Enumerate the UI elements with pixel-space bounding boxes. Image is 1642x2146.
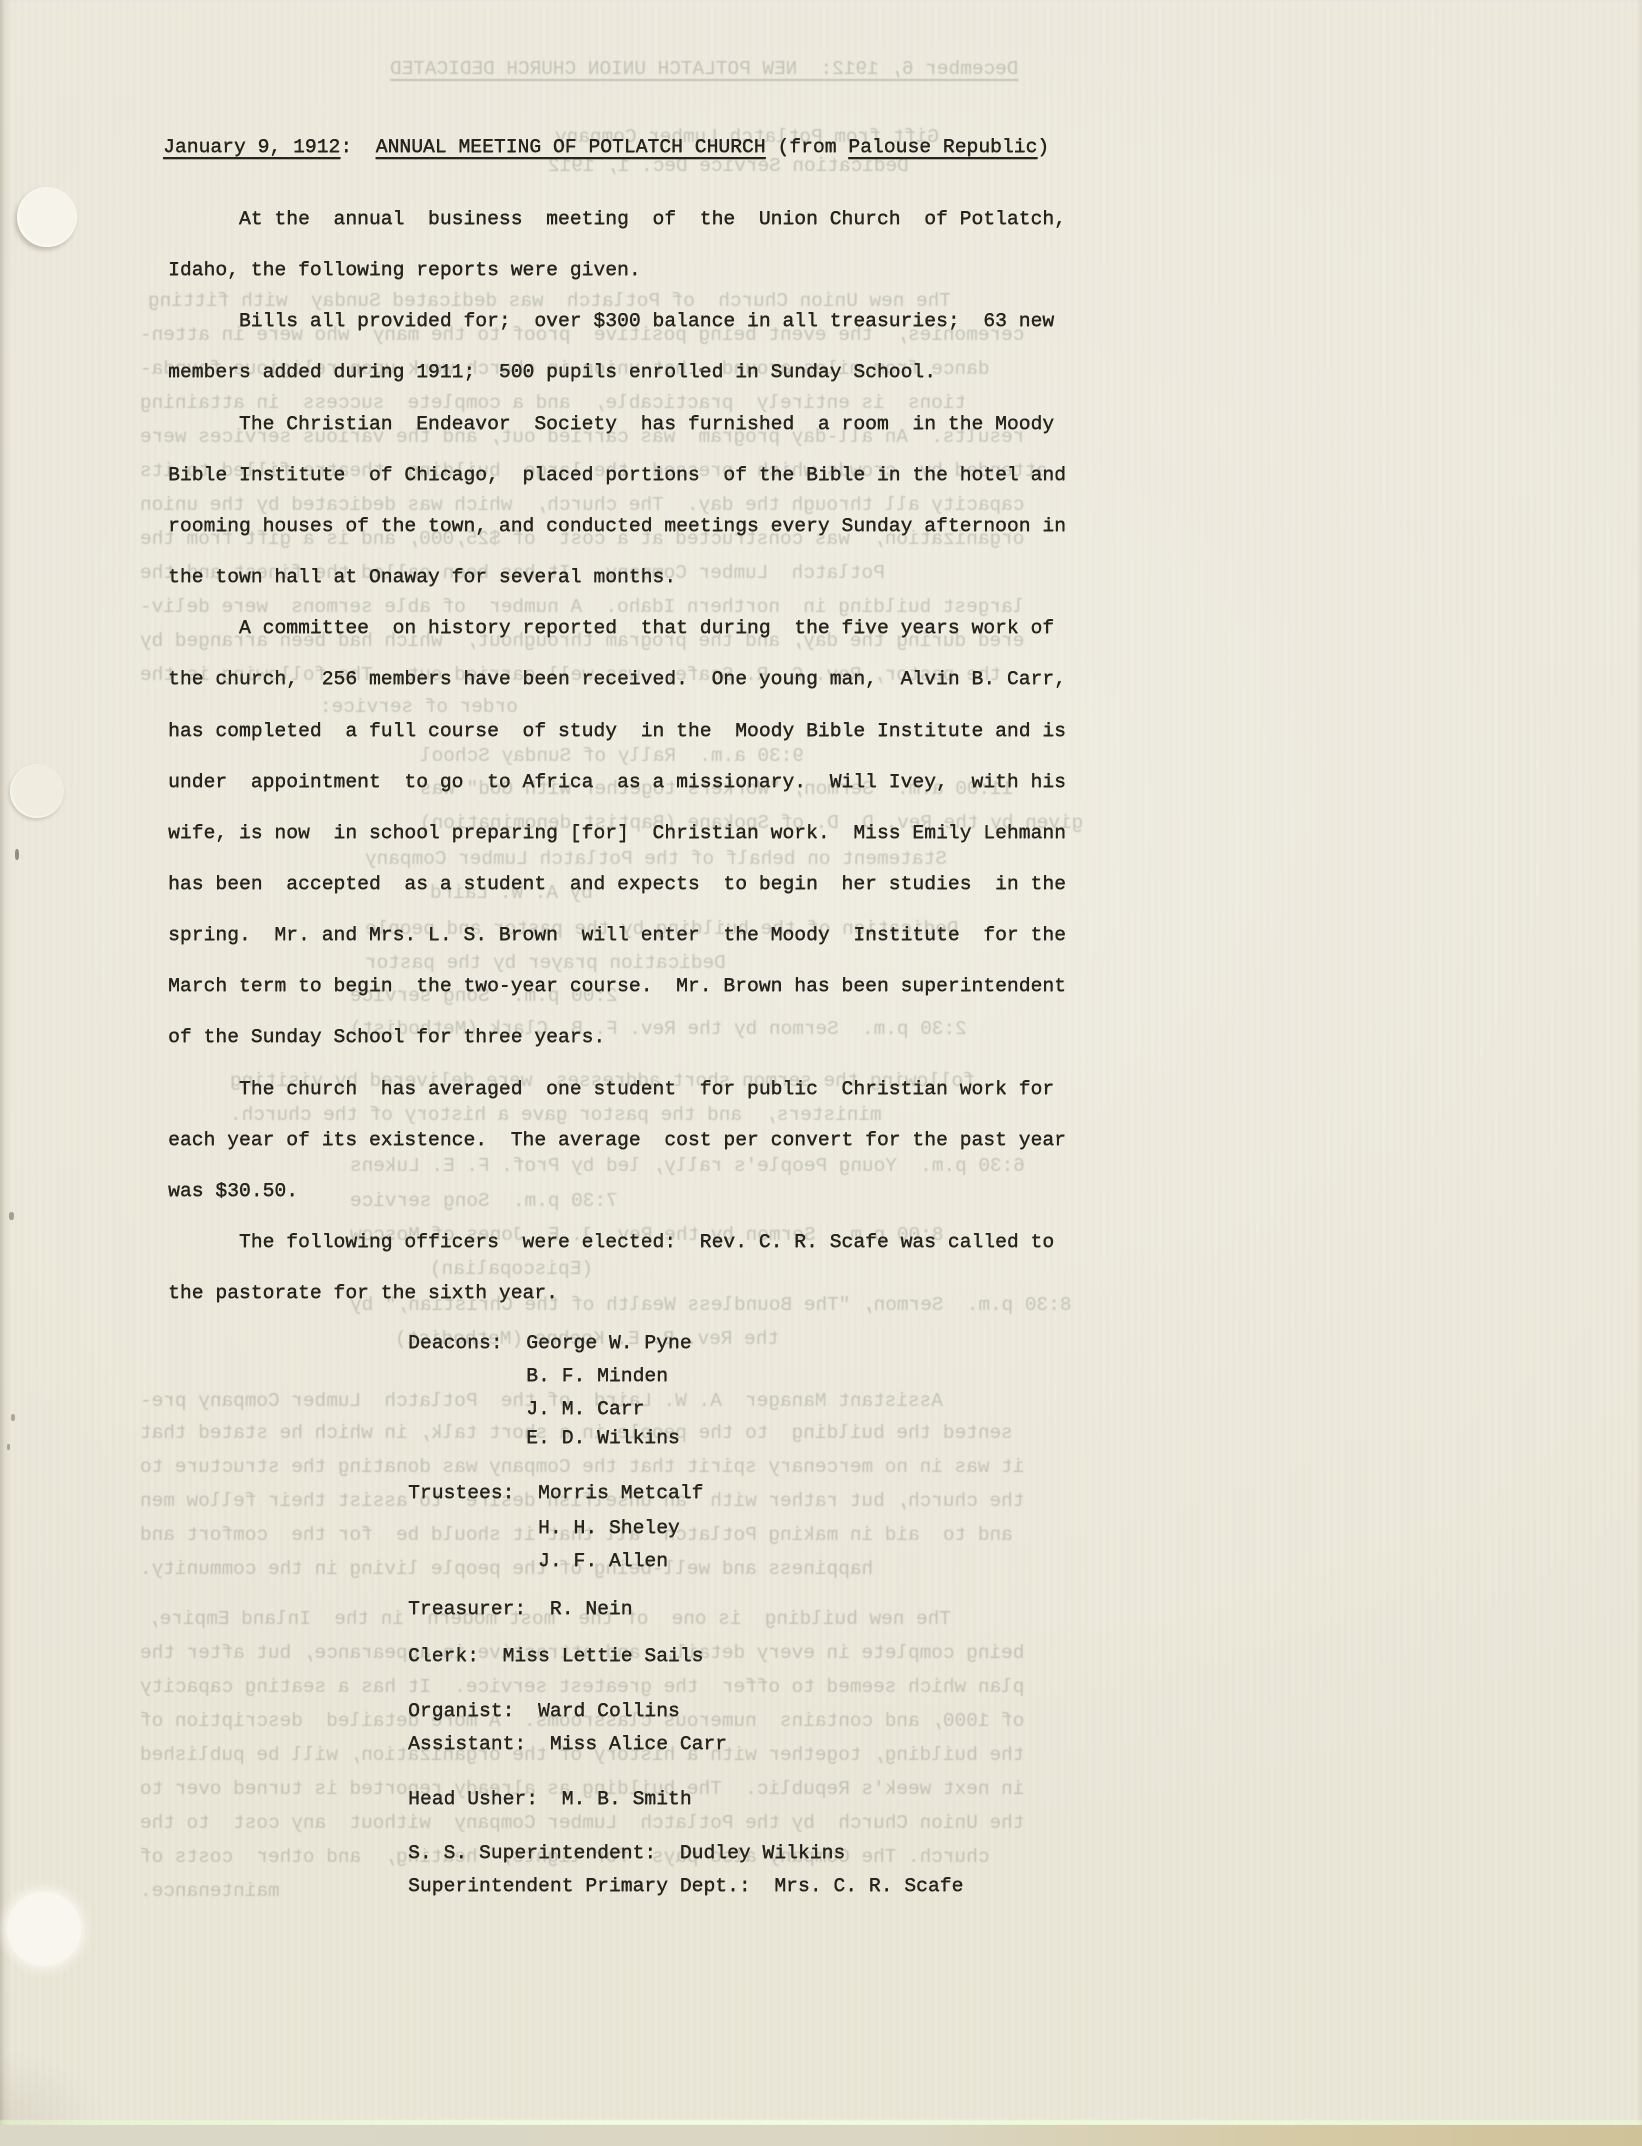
hole-punch	[10, 764, 64, 818]
bleedthrough-line: December 6, 1912: NEW POTLATCH UNION CHU…	[390, 58, 1018, 81]
body-line: At the annual business meeting of the Un…	[168, 208, 1066, 231]
document-title: January 9, 1912: ANNUAL MEETING OF POTLA…	[163, 136, 1049, 159]
title-from-close: )	[1037, 136, 1049, 158]
bleedthrough-line: 6:30 p.m. Young People's rally, led by P…	[350, 1155, 1025, 1178]
body-line: March term to begin the two-year course.…	[168, 975, 1066, 998]
hole-punch	[7, 1892, 81, 1966]
body-line: the town hall at Onaway for several mont…	[168, 566, 676, 589]
bleedthrough-line: order of service:	[320, 696, 518, 719]
bleedthrough-line: ministers, and the pastor gave a history…	[230, 1104, 882, 1127]
bleedthrough-line: 9:30 a.m. Rally of Sunday School	[420, 745, 804, 768]
officer-line: B. F. Minden	[408, 1365, 668, 1388]
officer-line: Superintendent Primary Dept.: Mrs. C. R.…	[408, 1875, 963, 1898]
officer-line: Treasurer: R. Nein	[408, 1598, 632, 1621]
page-corner-shadow	[0, 2040, 120, 2130]
title-from-open: (from	[766, 136, 849, 158]
bleedthrough-line: largest building in northern Idaho. A nu…	[140, 596, 1024, 619]
title-source: Palouse Republic	[848, 136, 1037, 158]
officer-line: J. F. Allen	[408, 1550, 668, 1573]
officer-line: Deacons: George W. Pyne	[408, 1332, 692, 1355]
ink-speck	[699, 368, 703, 372]
hole-punch	[17, 187, 77, 247]
body-line: members added during 1911; 500 pupils en…	[168, 361, 936, 384]
officer-line: H. H. Sheley	[408, 1517, 680, 1540]
body-line: A committee on history reported that dur…	[168, 617, 1054, 640]
bleedthrough-line: capacity all through the day. The church…	[140, 494, 1024, 517]
body-line: the pastorate for the sixth year.	[168, 1282, 558, 1305]
body-line: Bible Institute of Chicago, placed porti…	[168, 464, 1066, 487]
body-line: of the Sunday School for three years.	[168, 1026, 605, 1049]
body-line: was $30.50.	[168, 1180, 298, 1203]
body-line: Bills all provided for; over $300 balanc…	[168, 310, 1054, 333]
ink-speck	[7, 1444, 10, 1450]
body-line: the church, 256 members have been receiv…	[168, 668, 1066, 691]
officer-line: Organist: Ward Collins	[408, 1700, 680, 1723]
bleedthrough-line: tions is entirely practicable, and a com…	[140, 392, 966, 415]
body-line: each year of its existence. The average …	[168, 1129, 1066, 1152]
body-line: rooming houses of the town, and conducte…	[168, 515, 1066, 538]
officer-line: S. S. Superintendent: Dudley Wilkins	[408, 1842, 845, 1865]
officer-line: J. M. Carr	[408, 1398, 644, 1421]
officer-line: E. D. Wilkins	[408, 1427, 680, 1450]
ink-speck	[9, 1212, 14, 1220]
bleedthrough-line: (Episcopalian)	[430, 1258, 593, 1281]
body-line: The church has averaged one student for …	[168, 1078, 1054, 1101]
body-line: Idaho, the following reports were given.	[168, 259, 641, 282]
officer-line: Assistant: Miss Alice Carr	[408, 1733, 727, 1756]
body-line: The following officers were elected: Rev…	[168, 1231, 1054, 1254]
document-page: December 6, 1912: NEW POTLATCH UNION CHU…	[0, 0, 1642, 2146]
body-line: spring. Mr. and Mrs. L. S. Brown will en…	[168, 924, 1066, 947]
officer-line: Trustees: Morris Metcalf	[408, 1482, 703, 1505]
body-line: has completed a full course of study in …	[168, 720, 1066, 743]
bleedthrough-line: Dedication prayer by the pastor	[365, 952, 726, 975]
officer-line: Clerk: Miss Lettie Sails	[408, 1645, 703, 1668]
scan-edge	[0, 2125, 1642, 2146]
body-line: The Christian Endeavor Society has furni…	[168, 413, 1054, 436]
ink-speck	[11, 1414, 15, 1421]
bleedthrough-line: plan which seemed to offer the greatest …	[140, 1676, 1024, 1699]
title-heading: ANNUAL MEETING OF POTLATCH CHURCH	[376, 136, 766, 158]
body-line: wife, is now in school preparing [for] C…	[168, 822, 1066, 845]
bleedthrough-line: Statement on behalf of the Potlatch Lumb…	[365, 848, 947, 871]
bleedthrough-line: it was in no mercenary spirit that the C…	[140, 1456, 1024, 1479]
bleedthrough-line: the Union Church by the Potlatch Lumber …	[140, 1812, 1024, 1835]
bleedthrough-line: maintenance.	[140, 1880, 280, 1903]
title-colon: :	[340, 136, 375, 158]
officer-line: Head Usher: M. B. Smith	[408, 1788, 692, 1811]
title-date: January 9, 1912	[163, 136, 340, 158]
ink-speck	[15, 849, 19, 860]
body-line: has been accepted as a student and expec…	[168, 873, 1066, 896]
body-line: under appointment to go to Africa as a m…	[168, 771, 1066, 794]
bleedthrough-line: 7:30 p.m. Song service	[350, 1190, 618, 1213]
